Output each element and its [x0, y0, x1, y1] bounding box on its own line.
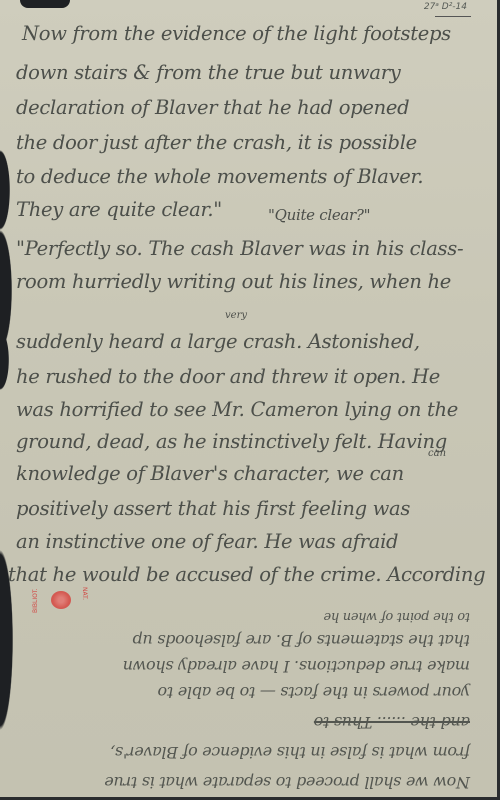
insertion-can: can [428, 448, 446, 459]
inverted-line-5: and the ...... Thus to [314, 713, 470, 732]
text-line-5: to deduce the whole movements of Blaver. [16, 165, 423, 188]
text-line-9: suddenly heard a large crash. Astonished… [16, 330, 420, 353]
text-line-13: knowledge of Blaver's character, we can [16, 462, 404, 485]
torn-edge-top [20, 0, 70, 8]
upside-down-section: Now we shall proceed to separate what is… [0, 600, 500, 800]
folio-mark: 27ᵃ D²-14 [424, 2, 467, 12]
inverted-line-6: from what is false in this evidence of B… [110, 743, 470, 762]
inverted-line-2: that the statements of B. are falsehoods… [133, 631, 470, 650]
folio-underline [435, 16, 471, 17]
inverted-line-4: your powers in the facts — to be able to [158, 683, 470, 702]
text-line-7: "Perfectly so. The cash Blaver was in hi… [16, 237, 463, 260]
text-line-3: declaration of Blaver that he had opened [16, 96, 409, 119]
interjection: "Quite clear?" [268, 206, 370, 224]
insertion-very: very [225, 310, 247, 321]
text-line-6: They are quite clear." [16, 198, 222, 221]
text-line-10: he rushed to the door and threw it open.… [16, 365, 440, 388]
stamp-right-text: NAT. [81, 587, 88, 600]
inverted-line-7: Now we shall proceed to separate what is… [105, 773, 470, 792]
text-line-14: positively assert that his first feeling… [16, 497, 410, 520]
text-line-15: an instinctive one of fear. He was afrai… [16, 530, 398, 553]
text-line-2: down stairs & from the true but unwary [16, 61, 400, 84]
text-line-12: ground, dead, as he instinctively felt. … [16, 430, 447, 453]
inverted-line-3: make true deductions. I have already sho… [123, 657, 470, 676]
text-line-8: room hurriedly writing out his lines, wh… [16, 270, 451, 293]
text-line-16: that he would be accused of the crime. A… [8, 563, 485, 586]
manuscript-page: 27ᵃ D²-14 Now from the evidence of the l… [0, 0, 500, 800]
text-line-11: was horrified to see Mr. Cameron lying o… [16, 398, 458, 421]
text-line-4: the door just after the crash, it is pos… [16, 131, 417, 154]
inverted-line-1: to the point of when he [324, 609, 470, 624]
text-line-1: Now from the evidence of the light foots… [22, 22, 451, 45]
